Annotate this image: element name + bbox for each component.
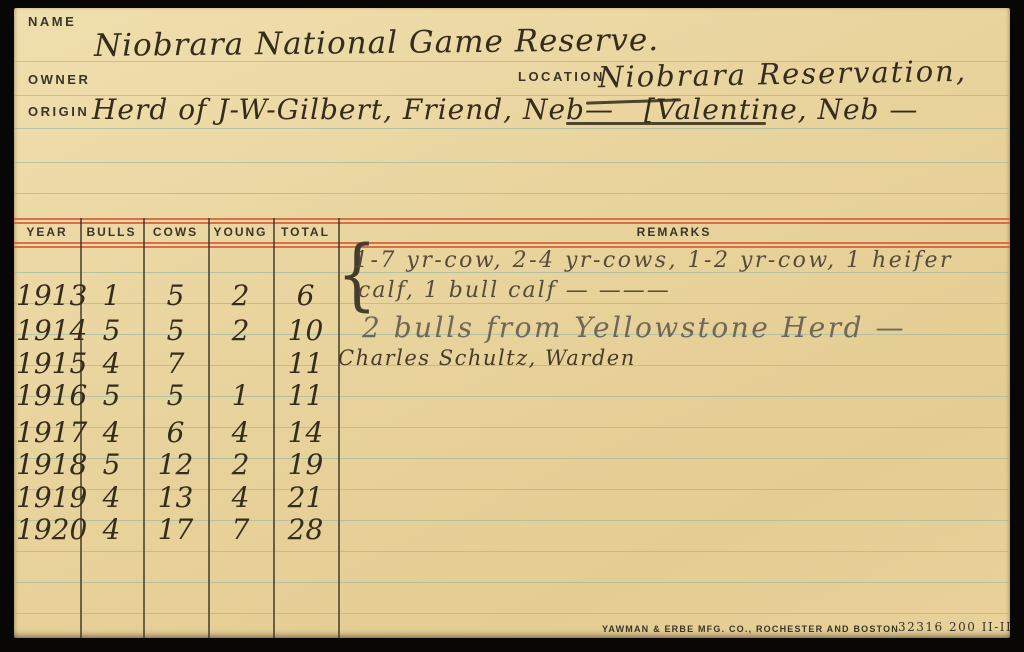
printer-imprint: YAWMAN & ERBE MFG. CO., ROCHESTER AND BO… bbox=[602, 624, 899, 634]
cell-young: 1 bbox=[208, 381, 273, 412]
name-entry: Niobrara National Game Reserve. bbox=[94, 25, 659, 62]
location-entry-line1: Niobrara Reservation, bbox=[598, 57, 968, 92]
name-label: NAME bbox=[28, 14, 76, 29]
cell-total: 28 bbox=[273, 515, 338, 546]
cell-total: 19 bbox=[273, 450, 338, 481]
red-rule-line bbox=[14, 218, 1010, 220]
cell-cows: 13 bbox=[143, 483, 208, 514]
table-row: 1919 4 13 4 21 bbox=[14, 483, 354, 517]
cell-year: 1915 bbox=[16, 349, 78, 380]
cell-bulls: 4 bbox=[80, 418, 143, 449]
rule-line bbox=[14, 193, 1010, 194]
stock-number: 32316 200 II-II bbox=[898, 620, 1012, 634]
cell-bulls: 4 bbox=[80, 515, 143, 546]
cell-cows: 7 bbox=[143, 349, 208, 380]
red-rule-line bbox=[14, 242, 1010, 244]
cell-year: 1918 bbox=[16, 450, 78, 481]
origin-entry: Herd of J-W-Gilbert, Friend, Neb— bbox=[92, 96, 614, 124]
remarks-line-1: 1-7 yr-cow, 2-4 yr-cows, 1-2 yr-cow, 1 h… bbox=[354, 250, 953, 272]
cell-bulls: 1 bbox=[80, 281, 143, 312]
cell-total: 10 bbox=[273, 316, 338, 347]
owner-label: OWNER bbox=[28, 72, 90, 87]
red-rule-line bbox=[14, 222, 1010, 224]
remarks-line-4: Charles Schultz, Warden bbox=[338, 348, 636, 369]
cell-year: 1916 bbox=[16, 381, 78, 412]
cell-total: 21 bbox=[273, 483, 338, 514]
cell-young: 2 bbox=[208, 316, 273, 347]
table-header-cows: COWS bbox=[143, 225, 208, 239]
table-row: 1918 5 12 2 19 bbox=[14, 450, 354, 484]
cell-cows: 5 bbox=[143, 381, 208, 412]
table-row: 1920 4 17 7 28 bbox=[14, 515, 354, 549]
cell-bulls: 5 bbox=[80, 316, 143, 347]
cell-young: 2 bbox=[208, 281, 273, 312]
rule-line bbox=[14, 162, 1010, 163]
remarks-line-3: 2 bulls from Yellowstone Herd — bbox=[362, 314, 906, 342]
rule-line bbox=[14, 613, 1010, 614]
table-row: 1917 4 6 4 14 bbox=[14, 418, 354, 452]
cell-young: 4 bbox=[208, 483, 273, 514]
cell-cows: 5 bbox=[143, 316, 208, 347]
cell-total: 6 bbox=[273, 281, 338, 312]
cell-bulls: 4 bbox=[80, 483, 143, 514]
cell-year: 1917 bbox=[16, 418, 78, 449]
remarks-line-2: calf, 1 bull calf — ——— bbox=[358, 280, 671, 302]
cell-year: 1914 bbox=[16, 316, 78, 347]
cell-cows: 6 bbox=[143, 418, 208, 449]
index-card: NAME OWNER LOCATION ORIGIN Niobrara Nati… bbox=[14, 8, 1010, 638]
cell-young: 2 bbox=[208, 450, 273, 481]
pen-stroke bbox=[566, 122, 766, 125]
table-header-remarks: REMARKS bbox=[338, 225, 1010, 239]
table-row: 1913 1 5 2 6 bbox=[14, 281, 354, 315]
rule-line bbox=[14, 582, 1010, 583]
origin-label: ORIGIN bbox=[28, 104, 89, 119]
table-header-young: YOUNG bbox=[208, 225, 273, 239]
cell-total: 11 bbox=[273, 349, 338, 380]
cell-total: 11 bbox=[273, 381, 338, 412]
cell-year: 1913 bbox=[16, 281, 78, 312]
rule-line bbox=[14, 128, 1010, 129]
table-row: 1916 5 5 1 11 bbox=[14, 381, 354, 415]
cell-year: 1919 bbox=[16, 483, 78, 514]
cell-cows: 5 bbox=[143, 281, 208, 312]
table-header-total: TOTAL bbox=[273, 225, 338, 239]
cell-bulls: 4 bbox=[80, 349, 143, 380]
table-row: 1915 4 7 11 bbox=[14, 349, 354, 383]
location-entry-line2: [Valentine, Neb — bbox=[644, 96, 918, 124]
cell-cows: 17 bbox=[143, 515, 208, 546]
cell-cows: 12 bbox=[143, 450, 208, 481]
table-header-bulls: BULLS bbox=[80, 225, 143, 239]
rule-line bbox=[14, 551, 1010, 552]
cell-bulls: 5 bbox=[80, 381, 143, 412]
cell-year: 1920 bbox=[16, 515, 78, 546]
cell-bulls: 5 bbox=[80, 450, 143, 481]
cell-total: 14 bbox=[273, 418, 338, 449]
table-header-year: YEAR bbox=[14, 225, 80, 239]
location-label: LOCATION bbox=[518, 69, 605, 84]
cell-young: 4 bbox=[208, 418, 273, 449]
cell-young: 7 bbox=[208, 515, 273, 546]
table-row: 1914 5 5 2 10 bbox=[14, 316, 354, 350]
